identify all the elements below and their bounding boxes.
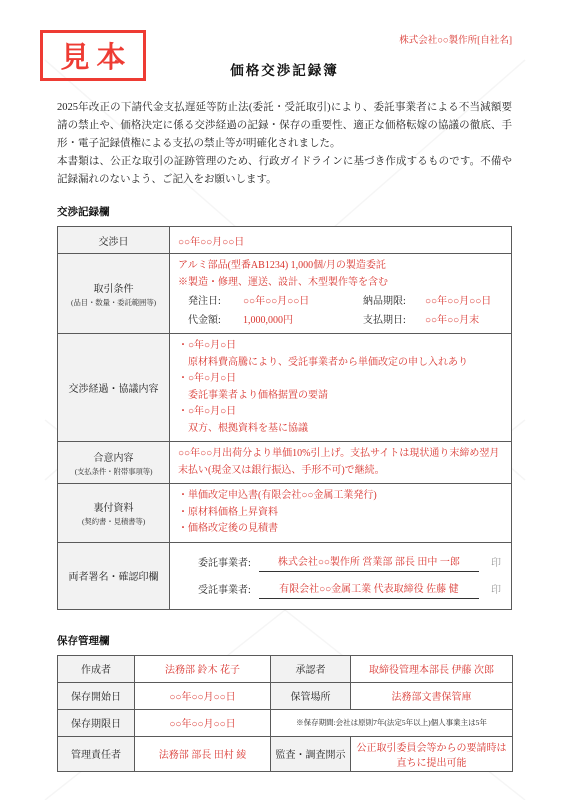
document-content: 株式会社○○製作所[自社名] 価格交渉記録簿 2025年改正の下請代金支払遅延等… xyxy=(57,0,512,772)
evidence-value-cell: ・単価改定申込書(有限会社○○金属工業発行) ・原材料価格上昇資料 ・価格改定後… xyxy=(170,484,512,543)
signature-row-contractor: 受託事業者: 有限会社○○金属工業 代表取締役 佐藤 健 印 xyxy=(198,580,501,599)
agreement-text: ○○年○○月出荷分より単価10%引上げ。支払サイトは現状通り末締め翌月末払い(現… xyxy=(178,446,503,479)
agreement-label: 合意内容 xyxy=(94,453,134,464)
table-row-negotiation-date: 交渉日 ○○年○○月○○日 xyxy=(58,227,512,254)
storage-start-value: ○○年○○月○○日 xyxy=(135,682,271,709)
storage-management-table: 作成者 法務部 鈴木 花子 承認者 取締役管理本部長 伊藤 次郎 保存開始日 ○… xyxy=(57,655,513,772)
negotiation-date-value: ○○年○○月○○日 xyxy=(170,227,512,254)
storage-start-text: ○○年○○月○○日 xyxy=(169,692,235,703)
agreement-caption: (支払条件・附帯事項等) xyxy=(62,466,165,477)
evidence-item: ・価格改定後の見積書 xyxy=(178,521,503,538)
section-heading-negotiation: 交渉記録欄 xyxy=(57,204,512,219)
section-heading-storage: 保存管理欄 xyxy=(57,633,512,648)
signatures-label: 両者署名・確認印欄 xyxy=(58,542,170,609)
storage-location-value: 法務部文書保管庫 xyxy=(351,682,513,709)
terms-dates-line: 発注日: ○○年○○月○○日 納品期限: ○○年○○月○○日 xyxy=(178,293,503,310)
negotiation-record-table: 交渉日 ○○年○○月○○日 取引条件 (品目・数量・委託範囲等) アルミ部品(型… xyxy=(57,226,512,610)
terms-line-1: アルミ部品(型番AB1234) 1,000個/月の製造委託 xyxy=(178,258,503,275)
progress-item-date: ・○年○月○日 xyxy=(178,338,503,355)
delivery-date-value: ○○年○○月○○日 xyxy=(425,293,503,310)
payment-date-value: ○○年○○月末 xyxy=(425,312,503,329)
creator-value: 法務部 鈴木 花子 xyxy=(135,655,271,682)
storage-deadline-text: ○○年○○月○○日 xyxy=(169,719,235,730)
progress-item-desc: 双方、根拠資料を基に協議 xyxy=(188,421,503,438)
progress-item-date: ・○年○月○日 xyxy=(178,371,503,388)
table-row-signatures: 両者署名・確認印欄 委託事業者: 株式会社○○製作所 営業部 部長 田中 一郎 … xyxy=(58,542,512,609)
negotiation-date-label: 交渉日 xyxy=(58,227,170,254)
approver-value: 取締役管理本部長 伊藤 次郎 xyxy=(351,655,513,682)
document-page: bizocean ビズオーシャン 見本 株式会社○○製作所[自社名] 価格交渉記… xyxy=(0,0,565,800)
consignor-signature-line: 株式会社○○製作所 営業部 部長 田中 一郎 xyxy=(259,553,479,572)
manager-text: 法務部 部長 田村 綾 xyxy=(159,750,247,761)
contractor-signature-line: 有限会社○○金属工業 代表取締役 佐藤 健 xyxy=(259,580,479,599)
consignor-seal-mark: 印 xyxy=(491,554,501,572)
progress-item-desc: 原材料費高騰により、受託事業者から単価改定の申し入れあり xyxy=(188,355,503,372)
intro-line-1: 2025年改正の下請代金支払遅延等防止法(委託・受託取引)により、委託事業者によ… xyxy=(57,102,512,149)
agreement-label-cell: 合意内容 (支払条件・附帯事項等) xyxy=(58,442,170,484)
table-row-manager: 管理責任者 法務部 部長 田村 綾 監査・調査開示 公正取引委員会等からの要請時… xyxy=(58,736,513,771)
intro-line-2: 本書類は、公正な取引の証跡管理のため、行政ガイドラインに基づき作成するものです。… xyxy=(57,156,512,185)
retention-period-note: ※保存期間:会社は原則7年(法定5年以上)個人事業主は5年 xyxy=(271,709,513,736)
company-name: 株式会社○○製作所[自社名] xyxy=(57,0,512,46)
audit-disclosure-value: 公正取引委員会等からの要請時は直ちに提出可能 xyxy=(351,736,513,771)
amount-value: 1,000,000円 xyxy=(243,312,363,329)
evidence-label: 裏付資料 xyxy=(94,503,134,514)
audit-disclosure-label: 監査・調査開示 xyxy=(271,736,351,771)
amount-label: 代金額: xyxy=(188,312,243,329)
signature-row-consignor: 委託事業者: 株式会社○○製作所 営業部 部長 田中 一郎 印 xyxy=(198,553,501,572)
negotiation-date-text: ○○年○○月○○日 xyxy=(178,237,244,248)
table-row-creator: 作成者 法務部 鈴木 花子 承認者 取締役管理本部長 伊藤 次郎 xyxy=(58,655,513,682)
terms-label-cell: 取引条件 (品目・数量・委託範囲等) xyxy=(58,254,170,334)
terms-value-cell: アルミ部品(型番AB1234) 1,000個/月の製造委託 ※製造・修理、運送、… xyxy=(170,254,512,334)
approver-text: 取締役管理本部長 伊藤 次郎 xyxy=(369,665,494,676)
manager-value: 法務部 部長 田村 綾 xyxy=(135,736,271,771)
progress-value-cell: ・○年○月○日 原材料費高騰により、受託事業者から単価改定の申し入れあり ・○年… xyxy=(170,334,512,442)
creator-label: 作成者 xyxy=(58,655,135,682)
manager-label: 管理責任者 xyxy=(58,736,135,771)
order-date-label: 発注日: xyxy=(188,293,243,310)
delivery-date-label: 納品期限: xyxy=(363,293,425,310)
storage-location-label: 保管場所 xyxy=(271,682,351,709)
storage-deadline-label: 保存期限日 xyxy=(58,709,135,736)
terms-amount-line: 代金額: 1,000,000円 支払期日: ○○年○○月末 xyxy=(178,312,503,329)
consignor-role-label: 委託事業者: xyxy=(198,554,251,572)
approver-label: 承認者 xyxy=(271,655,351,682)
storage-start-label: 保存開始日 xyxy=(58,682,135,709)
order-date-value: ○○年○○月○○日 xyxy=(243,293,363,310)
intro-paragraph: 2025年改正の下請代金支払遅延等防止法(委託・受託取引)により、委託事業者によ… xyxy=(57,99,512,189)
signatures-value-cell: 委託事業者: 株式会社○○製作所 営業部 部長 田中 一郎 印 受託事業者: 有… xyxy=(170,542,512,609)
page-title: 価格交渉記録簿 xyxy=(57,59,512,79)
contractor-seal-mark: 印 xyxy=(491,581,501,599)
evidence-label-cell: 裏付資料 (契約書・見積書等) xyxy=(58,484,170,543)
terms-label: 取引条件 xyxy=(94,284,134,295)
payment-date-label: 支払期日: xyxy=(363,312,425,329)
table-row-agreement: 合意内容 (支払条件・附帯事項等) ○○年○○月出荷分より単価10%引上げ。支払… xyxy=(58,442,512,484)
evidence-item: ・単価改定申込書(有限会社○○金属工業発行) xyxy=(178,488,503,505)
agreement-value-cell: ○○年○○月出荷分より単価10%引上げ。支払サイトは現状通り末締め翌月末払い(現… xyxy=(170,442,512,484)
progress-label: 交渉経過・協議内容 xyxy=(58,334,170,442)
table-row-progress: 交渉経過・協議内容 ・○年○月○日 原材料費高騰により、受託事業者から単価改定の… xyxy=(58,334,512,442)
table-row-evidence: 裏付資料 (契約書・見積書等) ・単価改定申込書(有限会社○○金属工業発行) ・… xyxy=(58,484,512,543)
audit-disclosure-text: 公正取引委員会等からの要請時は直ちに提出可能 xyxy=(357,743,507,769)
evidence-item: ・原材料価格上昇資料 xyxy=(178,505,503,522)
creator-text: 法務部 鈴木 花子 xyxy=(165,665,240,676)
evidence-caption: (契約書・見積書等) xyxy=(62,516,165,527)
contractor-role-label: 受託事業者: xyxy=(198,581,251,599)
terms-caption: (品目・数量・委託範囲等) xyxy=(62,297,165,308)
progress-item-date: ・○年○月○日 xyxy=(178,404,503,421)
storage-location-text: 法務部文書保管庫 xyxy=(392,692,472,703)
table-row-terms: 取引条件 (品目・数量・委託範囲等) アルミ部品(型番AB1234) 1,000… xyxy=(58,254,512,334)
terms-line-2: ※製造・修理、運送、設計、木型製作等を含む xyxy=(178,275,503,292)
storage-deadline-value: ○○年○○月○○日 xyxy=(135,709,271,736)
table-row-storage-start: 保存開始日 ○○年○○月○○日 保管場所 法務部文書保管庫 xyxy=(58,682,513,709)
table-row-storage-deadline: 保存期限日 ○○年○○月○○日 ※保存期間:会社は原則7年(法定5年以上)個人事… xyxy=(58,709,513,736)
progress-item-desc: 委託事業者より価格据置の要請 xyxy=(188,388,503,405)
